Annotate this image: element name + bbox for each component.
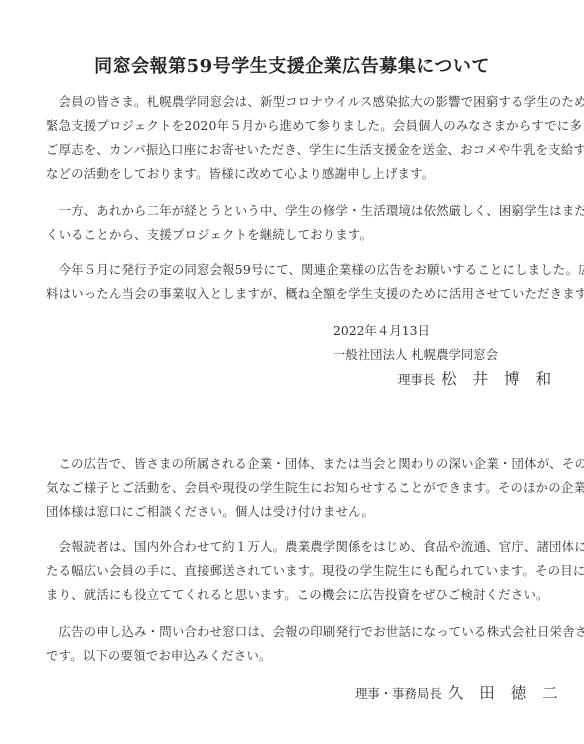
text-line: くいることから、支援プロジェクトを継続しております。 [46,223,540,247]
text-line: 一方、あれから二年が経とうという中、学生の修学・生活環境は依然厳しく、困窮学生は… [46,199,540,223]
text-line: 会報読者は、国内外合わせて約１万人。農業農学関係をはじめ、食品や流通、官庁、諸団… [46,535,540,559]
text-line: 会員の皆さま。札幌農学同窓会は、新型コロナウイルス感染拡大の影響で困窮する学生の… [46,90,540,114]
signature-role: 理事長 [398,372,435,387]
paragraph-ad-purpose: この広告で、皆さまの所属される企業・団体、または当会と関わりの深い企業・団体が、… [46,452,540,524]
paragraph-greeting: 会員の皆さま。札幌農学同窓会は、新型コロナウイルス感染拡大の影響で困窮する学生の… [46,90,540,186]
text-line: 広告の申し込み・問い合わせ窓口は、会報の印刷発行でお世話になっている株式会社日栄… [46,620,540,644]
signature-date: 2022年４月13日 [333,319,567,343]
text-line: 料はいったん当会の事業収入としますが、概ね全額を学生支援のために活用させていただ… [46,282,540,306]
text-line: 緊急支援プロジェクトを2020年５月から進めて参りました。会員個人のみなさまから… [46,114,540,138]
signature-name: 松井博和 [441,370,567,388]
text-line: まり、就活にも役立ててくれると思います。この機会に広告投資をぜひご検討ください。 [46,583,540,607]
text-line: です。以下の要領でお申込みください。 [46,644,540,668]
signature-secretary: 理事・事務局長久田徳二 [355,681,574,706]
paragraph-readership: 会報読者は、国内外合わせて約１万人。農業農学関係をはじめ、食品や流通、官庁、諸団… [46,535,540,607]
paragraph-ad-request: 今年５月に発行予定の同窓会報59号にて、関連企業様の広告をお願いすることにしまし… [46,258,540,306]
text-line: 団体様は窓口にご相談ください。個人は受け付けません。 [46,500,540,524]
text-line: この広告で、皆さまの所属される企業・団体、または当会と関わりの深い企業・団体が、… [46,452,540,476]
text-line: ご厚志を、カンパ振込口座にお寄せいただき、学生に生活支援金を送金、おコメや牛乳を… [46,138,540,162]
signature-name-line: 理事長松井博和 [333,367,567,392]
paragraph-project-continuation: 一方、あれから二年が経とうという中、学生の修学・生活環境は依然厳しく、困窮学生は… [46,199,540,247]
signature-role: 理事・事務局長 [355,686,442,701]
text-line: たる幅広い会員の手に、直接郵送されています。現役の学生院生にも配られています。そ… [46,559,540,583]
paragraph-contact: 広告の申し込み・問い合わせ窓口は、会報の印刷発行でお世話になっている株式会社日栄… [46,620,540,668]
text-line: 今年５月に発行予定の同窓会報59号にて、関連企業様の広告をお願いすることにしまし… [46,258,540,282]
signature-chairman: 2022年４月13日 一般社団法人 札幌農学同窓会 理事長松井博和 [333,319,567,392]
text-line: 気なご様子とご活動を、会員や現役の学生院生にお知らせすることができます。そのほか… [46,476,540,500]
signature-organization: 一般社団法人 札幌農学同窓会 [333,343,567,367]
document-title: 同窓会報第59号学生支援企業広告募集について [0,52,584,78]
text-line: などの活動をしております。皆様に改めて心より感謝申し上げます。 [46,162,540,186]
signature-name: 久田徳二 [448,684,574,702]
